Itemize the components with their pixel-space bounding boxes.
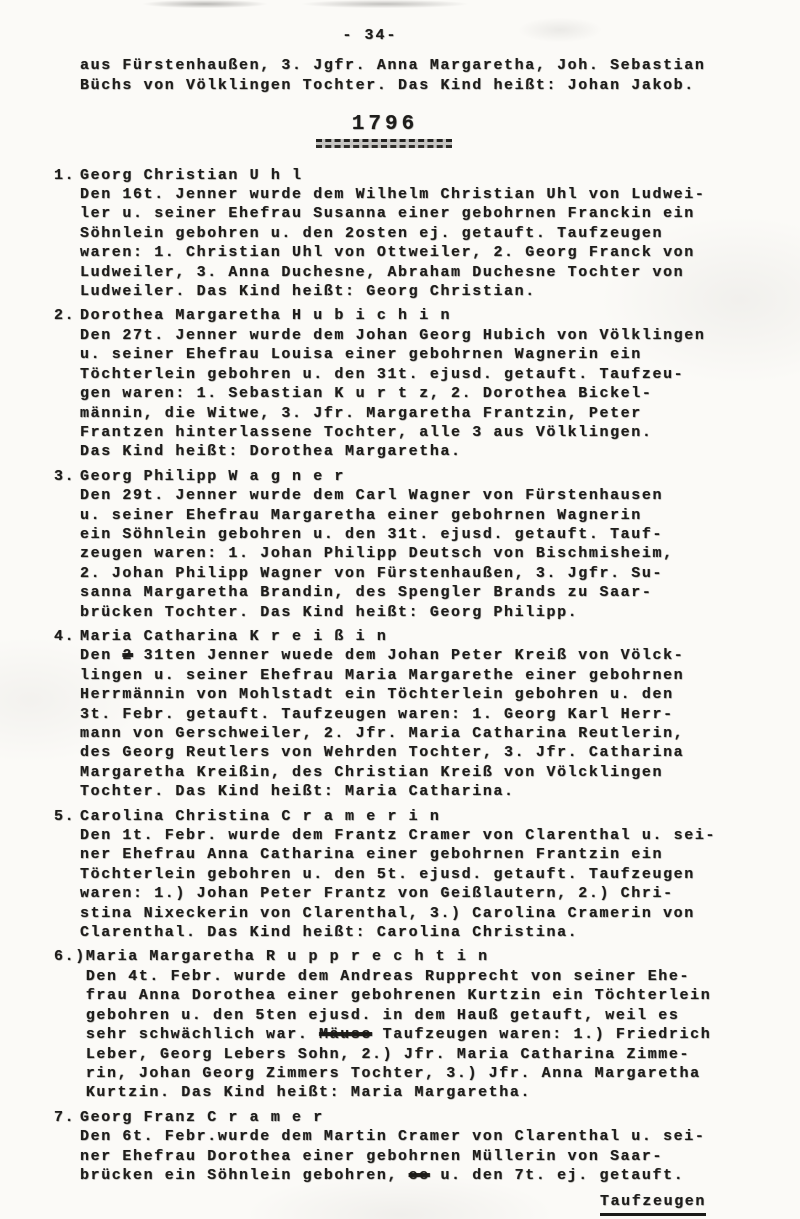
entry-number: 6.) — [54, 947, 86, 966]
entry-number: 3. — [54, 467, 80, 486]
entry-title: Dorothea Margaretha H u b i c h i n — [80, 306, 800, 325]
entry-body-post: 31ten Jenner wuede dem Johan Peter Kreiß… — [80, 647, 684, 800]
entry-text: Carolina Christina C r a m e r i nDen 1t… — [80, 807, 800, 943]
entry-number: 2. — [54, 306, 80, 325]
entry-list: 1. Georg Christian U h lDen 16t. Jenner … — [54, 166, 800, 1186]
year-heading: 1796 — [0, 115, 770, 134]
intro-text: aus Fürstenhaußen, 3. Jgfr. Anna Margare… — [80, 56, 800, 95]
entry-title: Maria Catharina K r e i ß i n — [80, 627, 800, 646]
entry-body: Den 27t. Jenner wurde dem Johan Georg Hu… — [80, 327, 706, 460]
entry-body: Den 16t. Jenner wurde dem Wilhelm Christ… — [80, 186, 706, 300]
catchword-row: Taufzeugen — [0, 1192, 706, 1215]
struck-text: ee — [409, 1167, 430, 1184]
entry-body: Den 1t. Febr. wurde dem Frantz Cramer vo… — [80, 827, 716, 941]
struck-text: 2 — [122, 647, 133, 664]
entry-text: Georg Franz C r a m e rDen 6t. Febr.wurd… — [80, 1108, 800, 1186]
entry-number: 1. — [54, 166, 80, 185]
baptism-entry-3: 3. Georg Philipp W a g n e rDen 29t. Jen… — [54, 467, 800, 622]
struck-text: Mäuse — [319, 1026, 372, 1043]
entry-text: Maria Margaretha R u p p r e c h t i nDe… — [86, 947, 800, 1102]
year-underline — [316, 139, 452, 148]
entry-title: Georg Franz C r a m e r — [80, 1108, 800, 1127]
baptism-entry-1: 1. Georg Christian U h lDen 16t. Jenner … — [54, 166, 800, 302]
baptism-entry-4: 4. Maria Catharina K r e i ß i nDen 2 31… — [54, 627, 800, 802]
entry-title: Carolina Christina C r a m e r i n — [80, 807, 800, 826]
entry-text: Maria Catharina K r e i ß i nDen 2 31ten… — [80, 627, 800, 802]
entry-number: 5. — [54, 807, 80, 826]
entry-text: Georg Philipp W a g n e rDen 29t. Jenner… — [80, 467, 800, 622]
scanned-register-page: - 34- aus Fürstenhaußen, 3. Jgfr. Anna M… — [0, 0, 800, 1219]
baptism-entry-5: 5. Carolina Christina C r a m e r i nDen… — [54, 807, 800, 943]
entry-body-pre: Den — [80, 647, 122, 664]
entry-title: Maria Margaretha R u p p r e c h t i n — [86, 947, 800, 966]
entry-body: Den 29t. Jenner wurde dem Carl Wagner vo… — [80, 487, 674, 620]
catchword: Taufzeugen — [600, 1192, 706, 1215]
entry-title: Georg Philipp W a g n e r — [80, 467, 800, 486]
page-number: - 34- — [0, 26, 740, 45]
baptism-entry-2: 2. Dorothea Margaretha H u b i c h i nDe… — [54, 306, 800, 461]
baptism-entry-7: 7. Georg Franz C r a m e rDen 6t. Febr.w… — [54, 1108, 800, 1186]
entry-body-post: u. den 7t. ej. getauft. — [430, 1167, 684, 1184]
entry-number: 4. — [54, 627, 80, 646]
entry-number: 7. — [54, 1108, 80, 1127]
entry-text: Georg Christian U h lDen 16t. Jenner wur… — [80, 166, 800, 302]
entry-text: Dorothea Margaretha H u b i c h i nDen 2… — [80, 306, 800, 461]
entry-title: Georg Christian U h l — [80, 166, 800, 185]
baptism-entry-6: 6.) Maria Margaretha R u p p r e c h t i… — [54, 947, 800, 1102]
